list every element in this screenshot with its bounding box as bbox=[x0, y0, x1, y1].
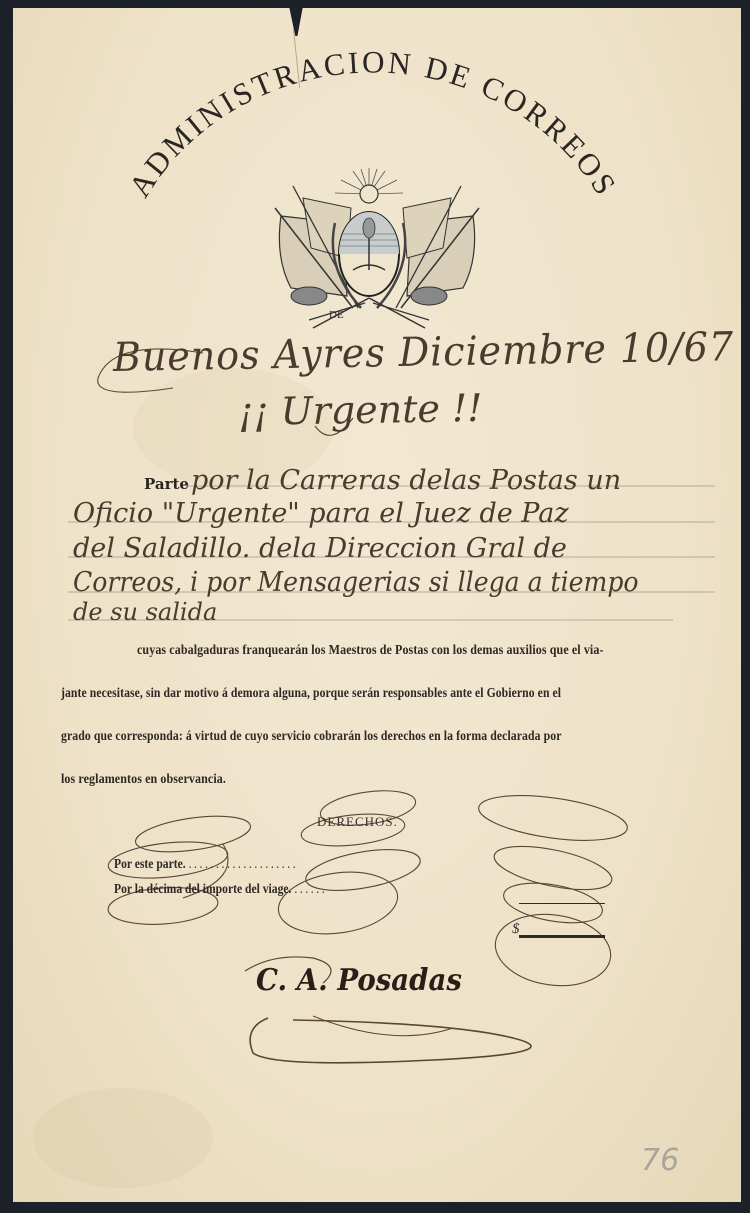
fee-row-label: Por este parte. bbox=[114, 856, 186, 871]
handwritten-line-2: Oficio "Urgente" para el Juez de Paz bbox=[73, 498, 569, 529]
handwritten-urgent: ¡¡ Urgente !! bbox=[238, 386, 483, 434]
handwritten-line-4: Correos, i por Mensagerias si llega a ti… bbox=[73, 567, 639, 598]
fee-row-decima: Por la décima del importe del viage. ...… bbox=[114, 881, 327, 897]
printed-paragraph-line-2: jante necesitase, sin dar motivo á demor… bbox=[61, 686, 587, 702]
fee-row-leader: .................... bbox=[189, 856, 299, 871]
handwritten-line-5: de su salida bbox=[73, 598, 217, 626]
fee-row-leader: ...... bbox=[294, 881, 327, 896]
fee-total-rule-top bbox=[519, 903, 605, 904]
fee-row-label: Por la décima del importe del viage. bbox=[114, 881, 291, 896]
header-arc-title: ADMINISTRACION DE CORREOS bbox=[122, 44, 625, 203]
printed-paragraph-line-3: grado que corresponda: á virtud de cuyo … bbox=[61, 729, 590, 745]
printed-paragraph-line-4: los reglamentos en observancia. bbox=[61, 772, 603, 788]
signature: C. A. Posadas bbox=[256, 963, 462, 998]
fees-heading: DERECHOS. bbox=[317, 814, 398, 830]
coat-of-arms-icon bbox=[275, 168, 479, 328]
fee-row-parte: Por este parte. .................... bbox=[114, 856, 298, 872]
document-page: ADMINISTRACION DE CORREOS bbox=[13, 8, 741, 1202]
pencil-folio-number: 76 bbox=[641, 1143, 679, 1178]
printed-paragraph-line-1: cuyas cabalgaduras franquearán los Maest… bbox=[137, 643, 679, 659]
de-label: DE bbox=[329, 309, 344, 321]
handwritten-line-3: del Saladillo. dela Direccion Gral de bbox=[73, 533, 567, 564]
handwritten-line-1: por la Carreras delas Postas un bbox=[191, 465, 621, 496]
handwriting-flourishes bbox=[98, 349, 630, 1063]
parte-label: Parte bbox=[144, 475, 189, 493]
fee-total-rule-bottom bbox=[519, 935, 605, 938]
